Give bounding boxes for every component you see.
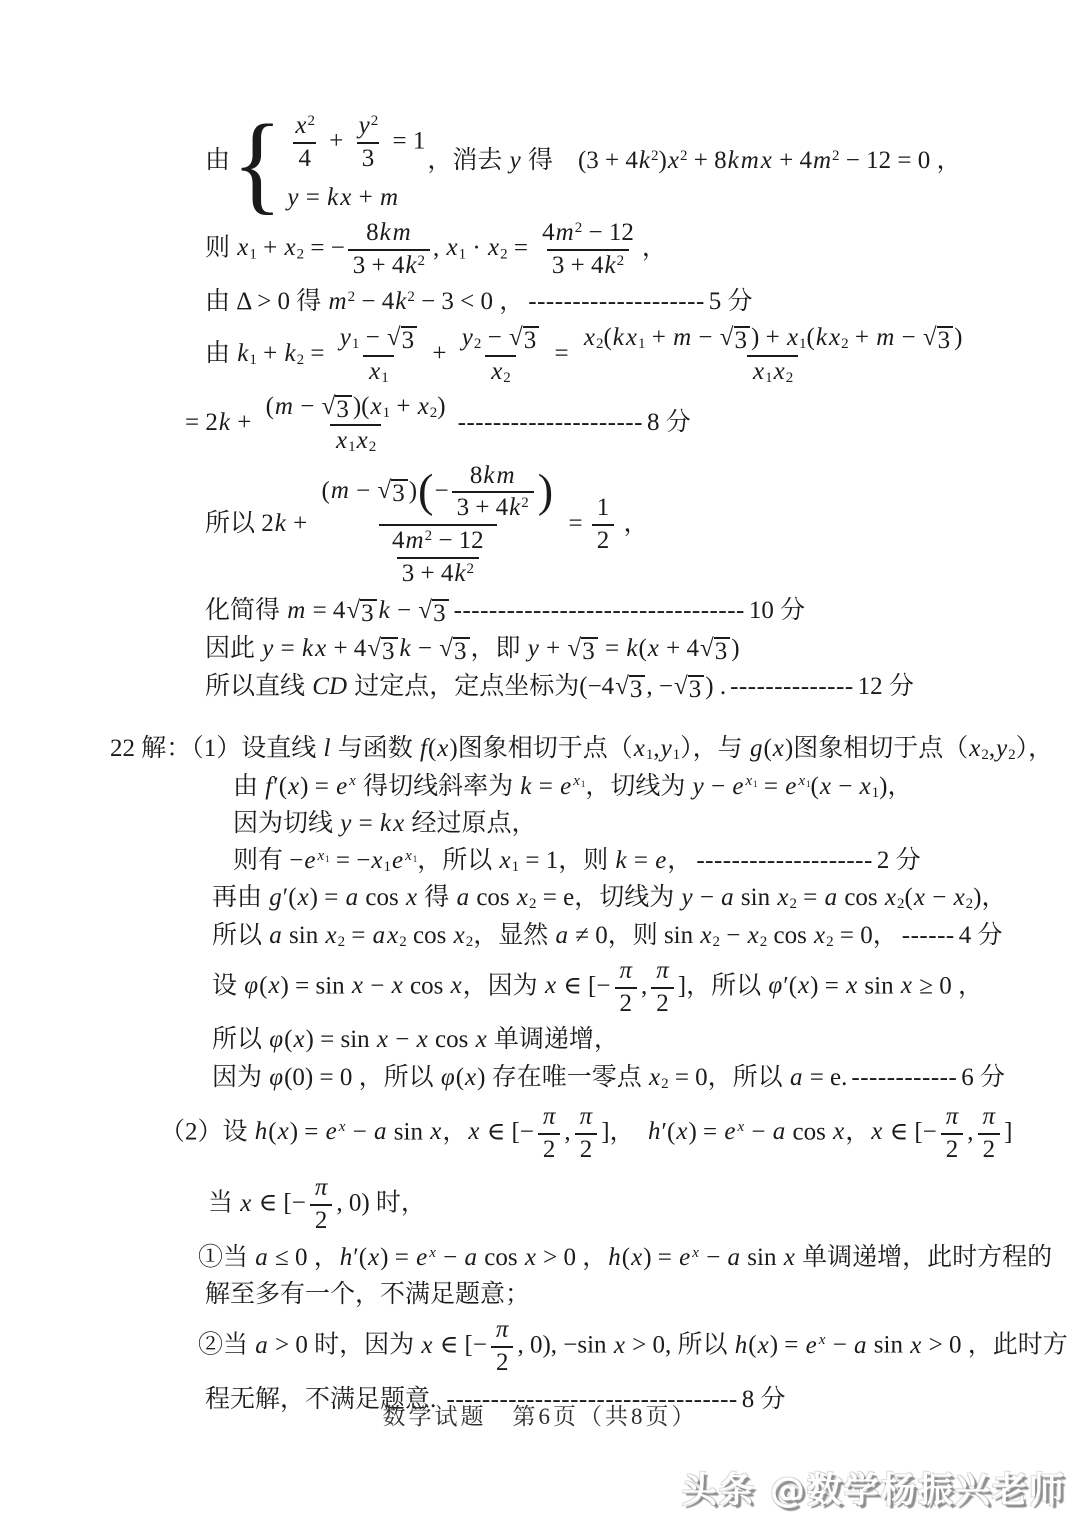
formula-line: 所以 φ(x) = sin x − x cos x 单调递增， [0, 1024, 1072, 1055]
text-run: ′( [283, 884, 297, 911]
numerator: y1 − √3 [334, 324, 423, 355]
fraction: x2(kx1 + m − √3) + x1(kx2 + m − √3)x1x2 [578, 324, 968, 387]
radical-icon: √ [674, 674, 688, 700]
math-variable: h [254, 1118, 269, 1145]
text-run: − [437, 1244, 464, 1271]
text-run: 1 [799, 336, 807, 352]
radicand: 3 [688, 675, 705, 703]
math-variable: x [797, 773, 806, 789]
math-variable: y [509, 147, 522, 174]
text-run: 解至多有一个，不满足题意； [205, 1281, 530, 1308]
denominator: 2 [941, 1133, 964, 1165]
text-run: 2 [617, 252, 625, 268]
subscript: 2 [503, 370, 511, 386]
text-run: ， [642, 234, 667, 261]
dotted-leader: --------------------------------- [454, 597, 745, 624]
text-run: ， [667, 847, 692, 874]
text-run: 2 [786, 370, 794, 386]
text-run: sin [868, 1332, 910, 1359]
math-variable: π [579, 1103, 594, 1130]
math-variable: k [625, 635, 638, 662]
formula-line: 所以 a sin x2 = ax2 cos x2，显然 a ≠ 0，则 sin … [0, 920, 1072, 951]
superscript: 2 [425, 528, 433, 544]
text-run: − [926, 884, 953, 911]
denominator: 4 [293, 142, 316, 174]
math-variable: k [638, 147, 651, 174]
text-run: 3 [392, 480, 405, 507]
numerator: 4m2 − 12 [387, 527, 489, 557]
subscript: 2 [789, 896, 797, 912]
fraction: π2 [650, 957, 675, 1019]
text-run: 则 [205, 234, 236, 261]
radicand: 3 [391, 479, 408, 507]
math-variable: x [667, 147, 680, 174]
text-run: ( [268, 1118, 276, 1145]
math-variable: x [428, 1245, 437, 1261]
fraction: 8km3 + 4k2 [452, 462, 534, 524]
text-run: cos [838, 884, 884, 911]
superscript: x [691, 1245, 700, 1261]
text-run: 2 [826, 934, 834, 950]
radicand: 3 [937, 326, 954, 354]
text-run: 1 [383, 859, 391, 875]
text-run: ( [456, 1064, 464, 1091]
text-run: ) = sin [306, 1026, 376, 1053]
dotted-leader: ------ [902, 922, 955, 949]
text-run: ( [811, 773, 819, 800]
text-run: = [274, 635, 301, 662]
math-variable: g [749, 735, 764, 762]
text-run: = [352, 810, 379, 837]
text-run: − [700, 1244, 727, 1271]
radical-icon: √ [346, 598, 360, 624]
denominator: 2 [978, 1133, 1001, 1165]
fraction: 8km3 + 4k2 [348, 219, 430, 281]
text-run: 由 [205, 147, 230, 174]
numerator: (m − √3)(x1 + x2) [261, 393, 451, 424]
superscript: 2 [308, 113, 316, 129]
denominator: 2 [310, 1204, 333, 1236]
math-variable: a [456, 884, 471, 911]
text-run: 2 [418, 252, 426, 268]
text-run: (0) = 0 ，所以 [284, 1064, 440, 1091]
math-variable: φ [268, 1026, 284, 1053]
square-root: √3 [674, 674, 704, 703]
radical-icon: √ [418, 598, 432, 624]
text-run: ( [603, 324, 611, 351]
text-run: − 3 < 0 ， [415, 288, 524, 315]
text-run: 经过原点， [405, 810, 536, 837]
math-variable: m [274, 393, 294, 420]
text-run: − [346, 1118, 373, 1145]
system-body: x24 + y23 = 1y = kx + m [286, 112, 425, 213]
fraction: y1 − √3x1 [334, 324, 423, 387]
text-run: ) = [643, 1244, 678, 1271]
superscript: x [736, 1119, 745, 1135]
math-variable: y [680, 884, 693, 911]
text-run: cos [470, 884, 516, 911]
text-run: ， [617, 510, 648, 537]
text-run: + 4 [660, 635, 699, 662]
text-run: cos [404, 972, 450, 999]
denominator: x1x2 [330, 424, 381, 456]
text-run: 3 + 4 [402, 560, 454, 587]
text-run: ′( [662, 1118, 676, 1145]
text-run: + [426, 340, 453, 367]
text-run: = 1，则 [519, 847, 614, 874]
text-run: 2 [651, 148, 659, 164]
text-run: cos [429, 1026, 475, 1053]
math-variable: a [789, 1064, 804, 1091]
text-run: )图象相切于点（ [785, 735, 968, 762]
formula-line: 解至多有一个，不满足题意； [0, 1279, 1072, 1310]
math-variable: y [995, 735, 1008, 762]
text-run: 1 [512, 859, 520, 875]
math-variable: a [824, 884, 839, 911]
superscript: x1 [797, 773, 810, 789]
text-run: ) [409, 477, 417, 504]
text-run: , [564, 1118, 570, 1145]
text-run: 2 [661, 1076, 669, 1092]
fraction: π2 [977, 1103, 1002, 1165]
math-variable: y [339, 810, 352, 837]
math-variable: m [379, 184, 399, 211]
text-run: 3 [433, 600, 446, 627]
text-run: + [231, 409, 258, 436]
text-run: ( [321, 477, 329, 504]
radicand: 3 [734, 326, 751, 354]
text-run: − [391, 597, 418, 624]
radical-icon: √ [367, 636, 381, 662]
math-variable: h [607, 1244, 622, 1271]
math-variable: x [348, 773, 357, 789]
square-root: √3 [439, 636, 469, 665]
fraction: π2 [537, 1103, 562, 1165]
square-root: √3 [418, 598, 448, 627]
document-page: 由{x24 + y23 = 1y = kx + m，消去 y 得 (3 + 4k… [0, 0, 1080, 1526]
text-run: ∈ [− [433, 1332, 486, 1359]
math-variable: e [325, 1118, 338, 1145]
text-run: 2 [369, 439, 377, 455]
numerator: 4m2 − 12 [537, 219, 639, 249]
radicand: 3 [432, 599, 449, 627]
text-run: > 0 ，此时方 [922, 1332, 1067, 1359]
solution-body: 由{x24 + y23 = 1y = kx + m，消去 y 得 (3 + 4k… [0, 112, 1072, 1421]
text-run: 设 [212, 972, 243, 999]
math-variable: φ [268, 1064, 284, 1091]
text-run: 1 [348, 439, 356, 455]
math-variable: k [379, 810, 392, 837]
text-run: ) = [310, 884, 345, 911]
superscript: 2 [348, 289, 356, 305]
text-run: ) [731, 635, 739, 662]
math-variable: m [555, 219, 575, 246]
subscript: 2 [826, 934, 834, 950]
system-row: x24 + y23 = 1 [286, 112, 425, 174]
fraction: 4m2 − 123 + 4k2 [387, 527, 489, 589]
text-run: sin [858, 972, 900, 999]
denominator: 2 [575, 1133, 598, 1165]
square-root: √3 [387, 325, 417, 354]
subscript: 1 [381, 370, 389, 386]
watermark: 头条 @数学杨振兴老师 [682, 1463, 1066, 1513]
math-variable: k [815, 324, 828, 351]
text-run: ) + [751, 324, 786, 351]
radical-icon: √ [387, 325, 401, 351]
math-variable: x [744, 773, 753, 789]
subscript: 1 [249, 246, 257, 262]
math-variable: x [292, 1026, 305, 1053]
math-variable: φ [243, 972, 259, 999]
formula-line: 因此 y = kx + 4√3k − √3，即 y + √3 = k(x + 4… [0, 633, 1072, 665]
math-variable: k [399, 635, 412, 662]
text-run: 2 [597, 527, 610, 554]
text-run: ) 存在唯一零点 [477, 1064, 648, 1091]
text-run: 1 [249, 352, 257, 368]
text-run: 所以 [212, 1026, 268, 1053]
math-variable: y [660, 735, 673, 762]
dotted-leader: ------------ [851, 1064, 957, 1091]
fraction: π2 [940, 1103, 965, 1165]
math-variable: e [784, 773, 797, 800]
text-run: + 8 [687, 147, 726, 174]
math-variable: x [572, 773, 581, 789]
subscript: 2 [713, 934, 721, 950]
text-run: 单调递增，此时方程的 [796, 1244, 1052, 1271]
subscript: 1 [383, 859, 391, 875]
math-variable: x [648, 1064, 661, 1091]
denominator: 3 + 4k2 [452, 491, 534, 523]
text-run: = [304, 340, 331, 367]
big-paren: ) [538, 466, 553, 517]
math-variable: x [845, 972, 858, 999]
text-run: ( [266, 393, 274, 420]
text-run: ′( [273, 773, 287, 800]
math-variable: x [324, 922, 337, 949]
text-run: − [832, 773, 859, 800]
numerator: 8km [465, 462, 521, 492]
text-run: + [645, 324, 672, 351]
subscript: 2 [500, 246, 508, 262]
math-variable: e [391, 847, 404, 874]
math-variable: a [853, 1332, 868, 1359]
text-run: 10 分 [749, 597, 805, 624]
text-run: − [350, 477, 377, 504]
text-run: − [364, 972, 391, 999]
subscript: 1 [799, 336, 807, 352]
square-root: √3 [923, 325, 953, 354]
math-variable: x [797, 972, 810, 999]
text-run: + [287, 510, 314, 537]
numerator: (m − √3)(−8km3 + 4k2) [316, 462, 559, 525]
text-run: ， [845, 1118, 870, 1145]
text-run: 得切线斜率为 [357, 773, 520, 800]
math-variable: x [691, 1245, 700, 1261]
math-variable: e [654, 847, 667, 874]
text-run: 2 [713, 934, 721, 950]
text-run: 2 [338, 934, 346, 950]
radicand: 3 [401, 326, 418, 354]
fraction: π2 [490, 1316, 515, 1378]
text-run: 4 [392, 527, 405, 554]
subscript: 1 [512, 859, 520, 875]
text-run: = 0， [834, 922, 898, 949]
text-run: − 12 [432, 527, 484, 554]
text-run: + [849, 324, 876, 351]
math-variable: k [394, 288, 407, 315]
math-variable: x [436, 735, 449, 762]
math-variable: x [446, 234, 459, 261]
subscript: 1 [383, 405, 391, 421]
subscript: 2 [399, 934, 407, 950]
math-variable: a [463, 1244, 478, 1271]
superscript: x1 [316, 848, 329, 864]
text-run: 3 [402, 327, 415, 354]
fraction: x24 [289, 112, 320, 174]
math-variable: a [254, 1244, 269, 1271]
text-run: = 4 [306, 597, 345, 624]
math-variable: x [467, 1118, 480, 1145]
square-root: √3 [567, 636, 597, 665]
math-variable: π [945, 1103, 960, 1130]
math-variable: h [647, 1118, 662, 1145]
text-run: − 4 [355, 288, 394, 315]
math-variable: x [675, 1118, 688, 1145]
math-variable: x [583, 324, 596, 351]
text-run: 3 [524, 327, 537, 354]
radicand: 3 [523, 326, 540, 354]
math-variable: m [405, 527, 425, 554]
math-variable: x [453, 922, 466, 949]
formula-line: = 2k + (m − √3)(x1 + x2)x1x2------------… [0, 393, 1072, 456]
superscript: 2 [617, 252, 625, 268]
text-run: ∈ [− [480, 1118, 533, 1145]
superscript: 2 [651, 148, 659, 164]
superscript: x [428, 1245, 437, 1261]
text-run: 2 [407, 289, 415, 305]
math-variable: x [760, 147, 773, 174]
superscript: x1 [572, 773, 585, 789]
text-run: 3 [630, 676, 643, 703]
math-variable: e [678, 1244, 691, 1271]
text-run: ) = [290, 1118, 325, 1145]
math-variable: x [236, 234, 249, 261]
text-run: , [433, 234, 446, 261]
text-run: 1 [381, 370, 389, 386]
math-variable: x [314, 635, 327, 662]
text-run: > 0 时，因为 [269, 1332, 421, 1359]
math-variable: x [420, 1332, 433, 1359]
text-run: 化简得 [205, 597, 286, 624]
math-variable: m [392, 219, 412, 246]
denominator: 3 [357, 142, 380, 174]
formula-line: 因为 φ(0) = 0 ，所以 φ(x) 存在唯一零点 x2 = 0，所以 a … [0, 1062, 1072, 1093]
math-variable: k [301, 635, 314, 662]
text-run: 2 [348, 289, 356, 305]
text-run: 当 [208, 1190, 239, 1217]
text-run: + [352, 184, 379, 211]
fraction: 4m2 − 123 + 4k2 [537, 219, 639, 281]
math-variable: x [487, 234, 500, 261]
text-run: )( [353, 393, 370, 420]
math-variable: y [692, 773, 705, 800]
text-run: sin [735, 884, 777, 911]
math-variable: x [900, 972, 913, 999]
text-run: + 4 [773, 147, 812, 174]
text-run: ≥ 0 ， [913, 972, 983, 999]
text-run: = [797, 884, 824, 911]
text-run: 所以直线 [205, 673, 311, 700]
text-run: ( [622, 1244, 630, 1271]
math-variable: x [633, 735, 646, 762]
math-variable: x [859, 773, 872, 800]
square-root: √3 [367, 636, 397, 665]
text-run: ( [905, 884, 913, 911]
denominator: 2 [491, 1346, 514, 1378]
denominator: x2 [485, 355, 516, 387]
math-variable: e [335, 773, 348, 800]
math-variable: x [417, 393, 430, 420]
text-run: ] [1004, 1118, 1012, 1145]
math-variable: a [254, 1332, 269, 1359]
system-row: y = kx + m [286, 182, 399, 213]
denominator: 4m2 − 123 + 4k2 [379, 524, 497, 589]
math-variable: k [218, 409, 231, 436]
text-run: ′( [783, 972, 797, 999]
math-variable: x [475, 1026, 488, 1053]
math-variable: g [268, 884, 283, 911]
square-root: √3 [377, 478, 407, 507]
math-variable: m [330, 477, 350, 504]
text-run: − [705, 773, 732, 800]
math-variable: k [236, 340, 249, 367]
text-run: cos [407, 922, 453, 949]
numerator: x2 [289, 112, 320, 142]
text-run: − [692, 324, 719, 351]
text-run: = − [304, 234, 345, 261]
formula-line: 由 Δ > 0 得 m2 − 4k2 − 3 < 0 ，------------… [0, 286, 1072, 317]
text-run: 1 [459, 246, 467, 262]
math-variable: m [286, 597, 306, 624]
numerator: π [309, 1174, 334, 1204]
numerator: π [977, 1103, 1002, 1133]
radicand: 3 [335, 395, 352, 423]
text-run: ]，所以 [678, 972, 768, 999]
math-variable: π [655, 957, 670, 984]
math-variable: x [386, 922, 399, 949]
square-root: √3 [700, 636, 730, 665]
text-run: 2 [981, 747, 989, 763]
text-run: 12 分 [858, 673, 914, 700]
text-run: 2 分 [877, 847, 921, 874]
math-variable: π [314, 1174, 329, 1201]
math-variable: x [813, 922, 826, 949]
text-run: , 0), −sin [517, 1332, 612, 1359]
math-variable: x [356, 427, 369, 454]
square-root: √3 [720, 325, 750, 354]
math-variable: x [747, 922, 760, 949]
formula-line: 所以直线 CD 过定点，定点坐标为(−4√3, −√3) .----------… [0, 671, 1072, 703]
text-run: ) = [300, 773, 335, 800]
math-variable: x [429, 1118, 442, 1145]
numerator: π [650, 957, 675, 987]
math-variable: k [508, 494, 521, 521]
math-variable: e [415, 1244, 428, 1271]
text-run: ∈ [− [883, 1118, 936, 1145]
math-variable: m [328, 288, 348, 315]
math-variable: x [516, 884, 529, 911]
text-run: − [895, 324, 922, 351]
